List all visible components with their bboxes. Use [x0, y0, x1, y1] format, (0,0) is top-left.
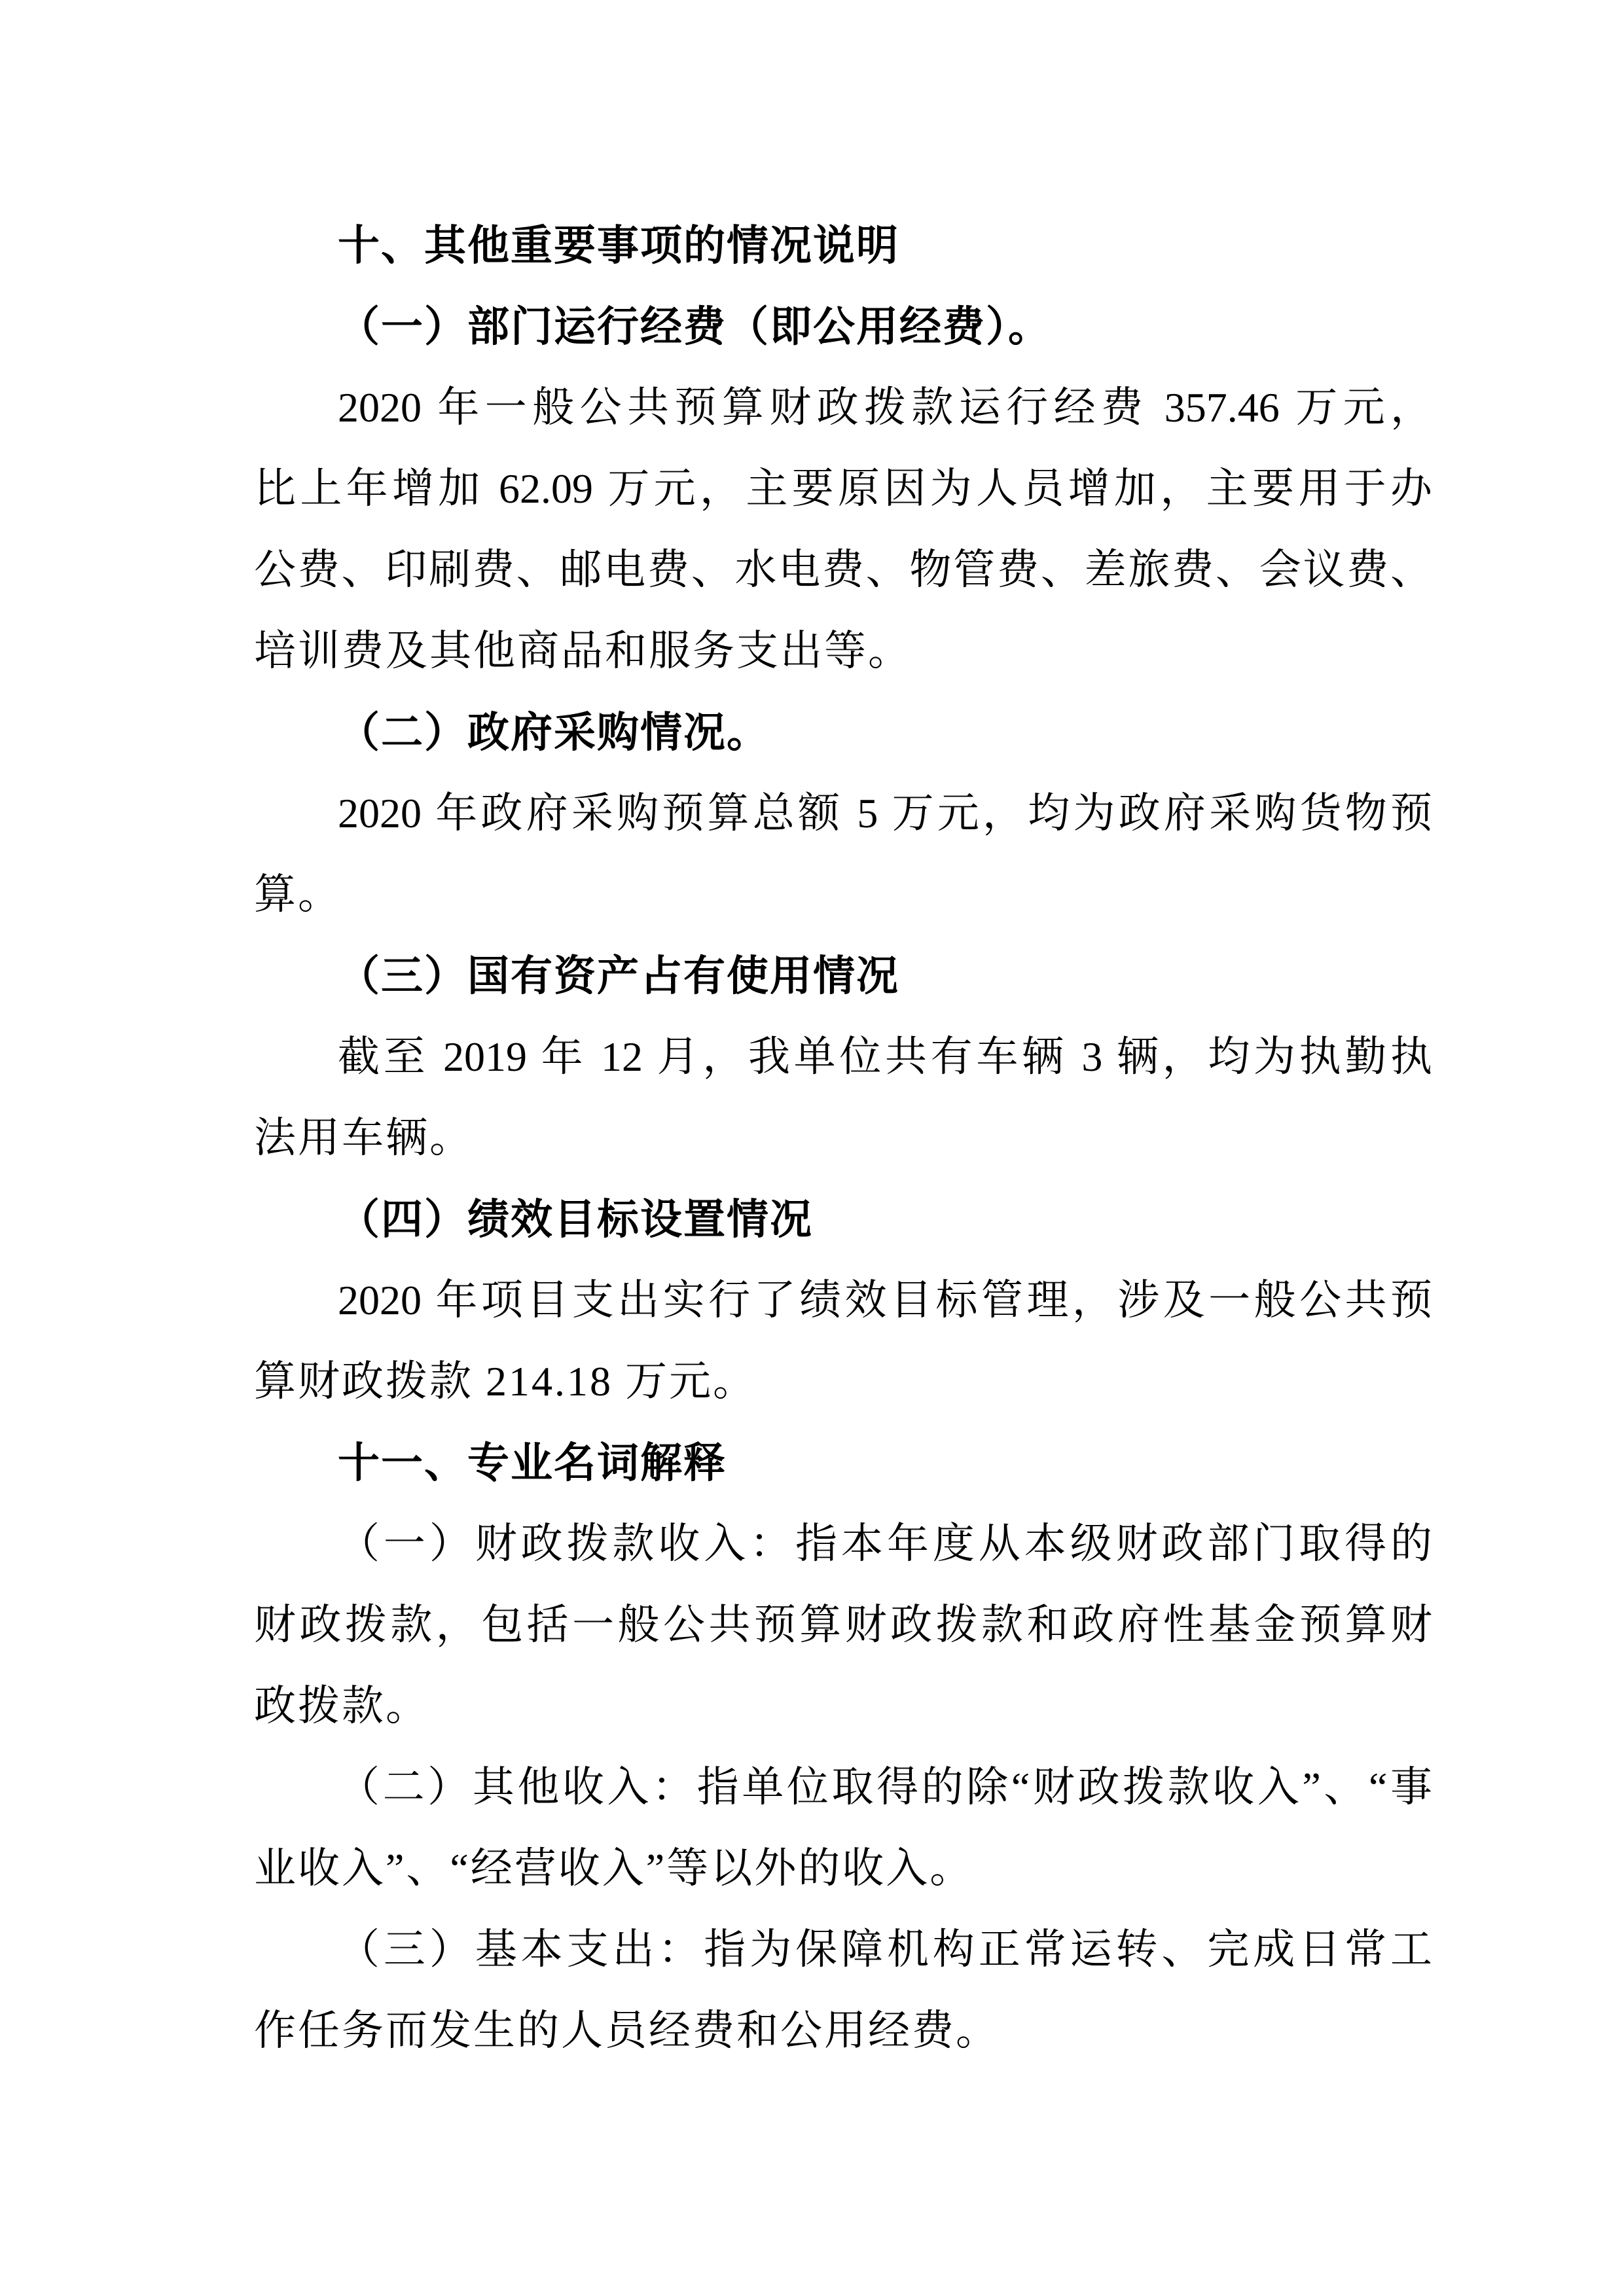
section-heading-line: （三）国有资产占有使用情况 — [254, 935, 1432, 1016]
body-text-line: （一）财政拨款收入：指本年度从本级财政部门取得的 — [254, 1503, 1432, 1585]
body-text-line: 2020 年一般公共预算财政拨款运行经费 357.46 万元， — [254, 367, 1432, 448]
body-text-line: 2020 年政府采购预算总额 5 万元，均为政府采购货物预 — [254, 773, 1432, 854]
body-text-line: 算。 — [254, 854, 1432, 935]
body-text-line: 比上年增加 62.09 万元，主要原因为人员增加，主要用于办 — [254, 448, 1432, 529]
body-text-line: 法用车辆。 — [254, 1098, 1432, 1179]
body-text-line: 作任务而发生的人员经费和公用经费。 — [254, 1990, 1432, 2072]
section-heading-line: （一）部门运行经费（即公用经费）。 — [254, 286, 1432, 367]
body-text-line: 培训费及其他商品和服务支出等。 — [254, 611, 1432, 692]
section-heading-line: （四）绩效目标设置情况 — [254, 1179, 1432, 1260]
document-body: 十、其他重要事项的情况说明 （一）部门运行经费（即公用经费）。 2020 年一般… — [254, 205, 1432, 2072]
body-text-line: 政拨款。 — [254, 1666, 1432, 1747]
body-text-line: 业收入”、“经营收入”等以外的收入。 — [254, 1828, 1432, 1909]
body-text-line: 2020 年项目支出实行了绩效目标管理，涉及一般公共预 — [254, 1260, 1432, 1341]
section-heading-line: 十一、专业名词解释 — [254, 1422, 1432, 1503]
body-text-line: 截至 2019 年 12 月，我单位共有车辆 3 辆，均为执勤执 — [254, 1016, 1432, 1098]
body-text-line: （二）其他收入：指单位取得的除“财政拨款收入”、“事 — [254, 1747, 1432, 1828]
document-page: 十、其他重要事项的情况说明 （一）部门运行经费（即公用经费）。 2020 年一般… — [0, 0, 1624, 2296]
body-text-line: （三）基本支出：指为保障机构正常运转、完成日常工 — [254, 1909, 1432, 1990]
body-text-line: 算财政拨款 214.18 万元。 — [254, 1341, 1432, 1422]
body-text-line: 公费、印刷费、邮电费、水电费、物管费、差旅费、会议费、 — [254, 529, 1432, 611]
section-heading-line: 十、其他重要事项的情况说明 — [254, 205, 1432, 286]
section-heading-line: （二）政府采购情况。 — [254, 692, 1432, 773]
body-text-line: 财政拨款，包括一般公共预算财政拨款和政府性基金预算财 — [254, 1585, 1432, 1666]
